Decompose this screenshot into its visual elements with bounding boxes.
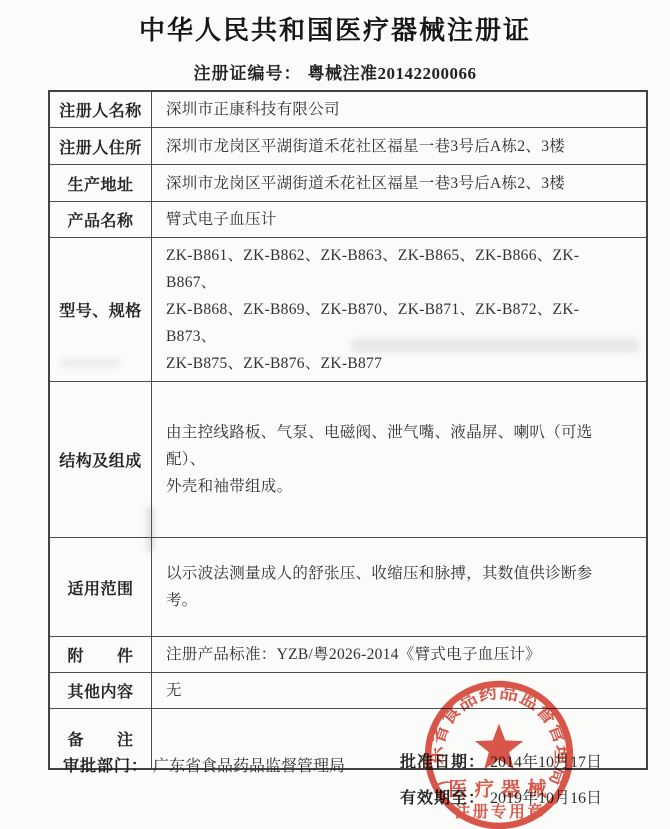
certificate-table: 注册人名称 深圳市正康科技有限公司 注册人住所 深圳市龙岗区平湖街道禾花社区福星…: [48, 90, 648, 770]
field-value: 深圳市龙岗区平湖街道禾花社区福星一巷3号后A栋2、3楼: [152, 128, 648, 165]
certificate-title: 中华人民共和国医疗器械注册证: [0, 10, 670, 47]
field-label: 注册人住所: [49, 128, 152, 165]
field-value: 注册产品标准：YZB/粤2026-2014《臂式电子血压计》: [152, 637, 648, 673]
row-attachment: 附 件 注册产品标准：YZB/粤2026-2014《臂式电子血压计》: [49, 637, 647, 673]
approval-department-value: 广东省食品药品监督管理局: [153, 758, 345, 775]
certificate-number-value: 粤械注准20142200066: [308, 64, 477, 83]
valid-until-label: 有效期至：: [400, 790, 485, 807]
field-label: 附 件: [49, 637, 152, 673]
row-other-content: 其他内容 无: [49, 673, 647, 709]
field-label: 其他内容: [49, 673, 152, 709]
field-value: 无: [152, 673, 648, 709]
approval-date-label: 批准日期：: [400, 754, 485, 771]
row-registrant-name: 注册人名称 深圳市正康科技有限公司: [49, 91, 647, 128]
row-production-address: 生产地址 深圳市龙岗区平湖街道禾花社区福星一巷3号后A栋2、3楼: [49, 165, 647, 202]
valid-until-value: 2019年10月16日: [490, 790, 602, 807]
approval-department-label: 审批部门：: [63, 758, 148, 775]
certificate-number-label: 注册证编号：: [194, 64, 302, 83]
field-value: 臂式电子血压计: [152, 202, 648, 238]
field-label: 生产地址: [49, 165, 152, 202]
approval-date-line: 批准日期：2014年10月17日: [400, 749, 602, 772]
field-label: 适用范围: [49, 538, 152, 637]
field-value: 深圳市正康科技有限公司: [152, 91, 648, 128]
field-value: ZK-B861、ZK-B862、ZK-B863、ZK-B865、ZK-B866、…: [152, 238, 648, 382]
certificate-number-line: 注册证编号：粤械注准20142200066: [0, 59, 670, 84]
field-value: 以示波法测量成人的舒张压、收缩压和脉搏，其数值供诊断参考。: [152, 538, 648, 637]
field-value: 深圳市龙岗区平湖街道禾花社区福星一巷3号后A栋2、3楼: [152, 165, 648, 202]
approval-date-value: 2014年10月17日: [490, 754, 602, 771]
row-model-spec: 型号、规格 ZK-B861、ZK-B862、ZK-B863、ZK-B865、ZK…: [49, 238, 647, 382]
field-value: 由主控线路板、气泵、电磁阀、泄气嘴、液晶屏、喇叭（可选配）、 外壳和袖带组成。: [152, 382, 648, 538]
field-label: 注册人名称: [49, 91, 152, 128]
row-registrant-address: 注册人住所 深圳市龙岗区平湖街道禾花社区福星一巷3号后A栋2、3楼: [49, 128, 647, 165]
field-label: 结构及组成: [49, 382, 152, 538]
field-label: 产品名称: [49, 202, 152, 238]
field-label: 型号、规格: [49, 238, 152, 382]
row-product-name: 产品名称 臂式电子血压计: [49, 202, 647, 238]
approval-department-line: 审批部门：广东省食品药品监督管理局: [63, 753, 345, 776]
footer-dates: 批准日期：2014年10月17日 有效期至：2019年10月16日: [400, 749, 602, 821]
certificate-page: 中华人民共和国医疗器械注册证 注册证编号：粤械注准20142200066 注册人…: [0, 0, 670, 829]
row-intended-use: 适用范围 以示波法测量成人的舒张压、收缩压和脉搏，其数值供诊断参考。: [49, 538, 647, 637]
valid-until-line: 有效期至：2019年10月16日: [400, 785, 602, 808]
row-structure-composition: 结构及组成 由主控线路板、气泵、电磁阀、泄气嘴、液晶屏、喇叭（可选配）、 外壳和…: [49, 382, 647, 538]
